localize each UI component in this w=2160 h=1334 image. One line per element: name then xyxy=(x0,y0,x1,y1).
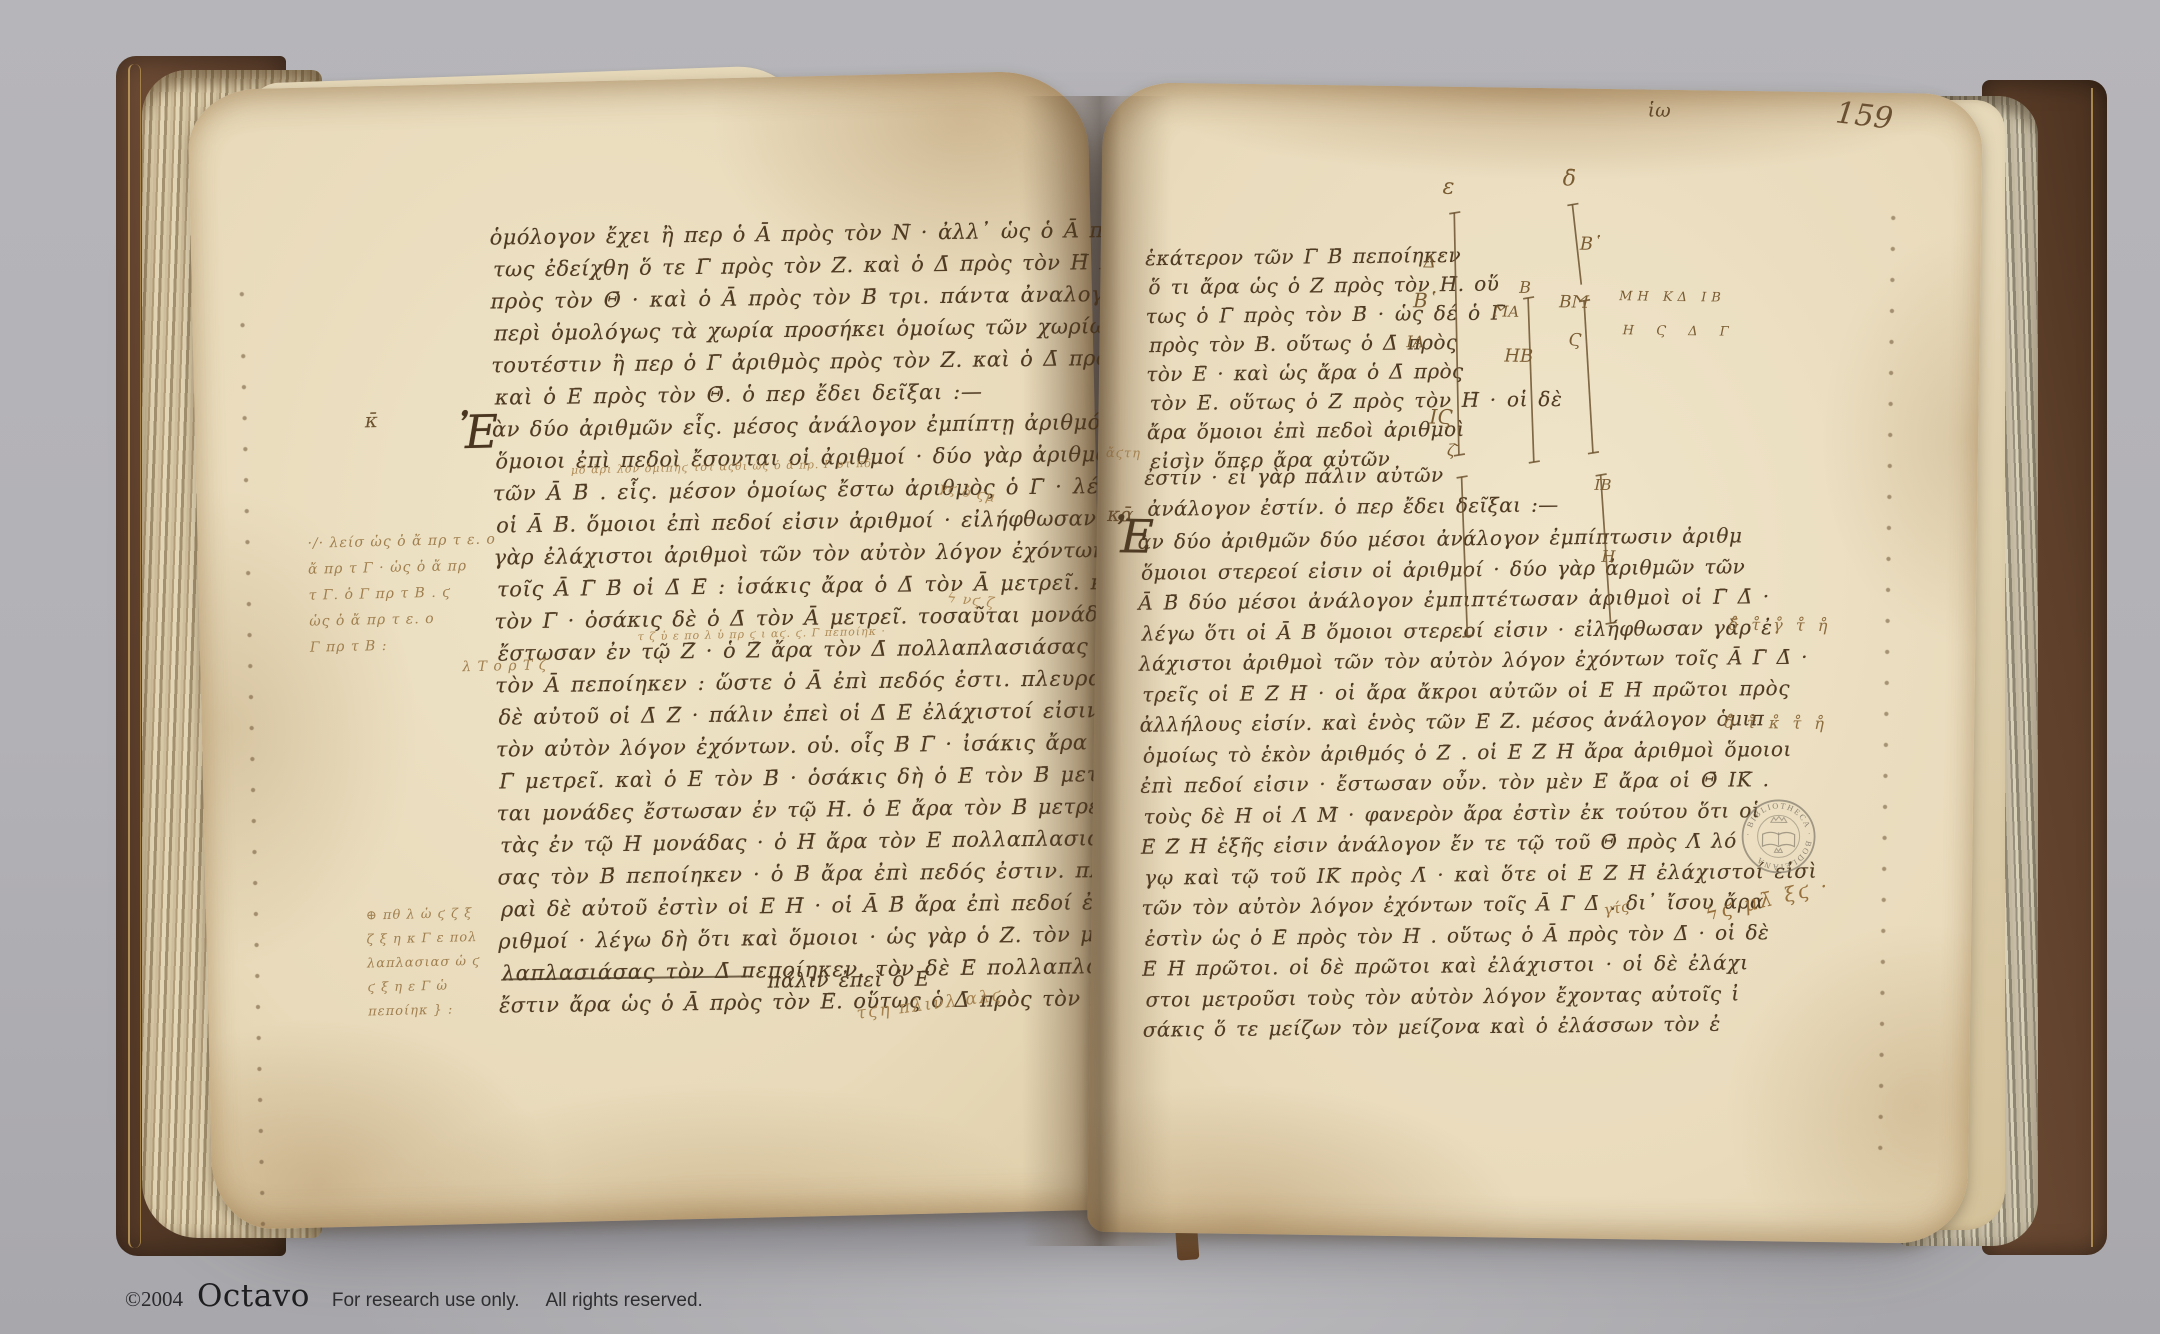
pricking-holes-left xyxy=(238,289,268,1239)
text-line: σάκις ὅ τε μείζων τὸν μείζονα καὶ ὁ ἐλάσ… xyxy=(1143,1012,1733,1049)
diagram-tick xyxy=(1588,452,1599,454)
diagram-label: ΒϺ xyxy=(1558,292,1590,312)
diagram-label: Η xyxy=(1600,547,1616,566)
diagram-tick xyxy=(1449,212,1460,214)
text-line: ἑκάτερον τῶν Γ̄ Β̄ πεποίηκεν xyxy=(1145,243,1445,275)
diagram-line xyxy=(1459,477,1469,636)
marginal-scholia-bottom-left: ⊕ πθ λ ὡ ϛ ζ ξζ ξ η κ Γ ε πολλαπλασιασ ὡ… xyxy=(366,906,482,1029)
text-line: τως ὁ Γ̄ πρὸς τὸν Β̄ · ὡς δέ ὁ Γ̄ xyxy=(1146,301,1446,333)
diagram-label: ΙΑ xyxy=(1405,332,1424,351)
diagram-label: Ϛ xyxy=(1568,330,1581,350)
octavo-wordmark: Octavo xyxy=(197,1278,310,1314)
text-line: ὅ τι ἄρα ὡς ὁ Ζ̄ πρὸς τὸν Η̄. οὕ xyxy=(1148,272,1445,304)
diagram-tick xyxy=(1454,454,1465,456)
diagram-label: Β xyxy=(1518,278,1531,297)
diagram-number-row: Η Ϛ Δ Γ xyxy=(1622,323,1738,340)
number-line-diagram: ε δ̄ Δ´ Β῾ ΙΑ ΙϚ ζ͂ Β ϺΑ ΗΒ Β῾ ΒϺ Ϛ ΙΒ Η… xyxy=(1397,153,1745,758)
diagram-tick xyxy=(1523,297,1534,299)
pricking-holes-right xyxy=(1876,213,1897,1163)
diagram-number-row: ΜΗ ΚΔ ΙΒ xyxy=(1618,289,1726,306)
scholium-line: ζ ξ η κ Γ ε πολ xyxy=(366,930,480,957)
diagram-tick xyxy=(1567,203,1578,205)
scholium-line: ϛ ξ η ε Γ ὡ xyxy=(367,978,481,1005)
diagram-label: ΗΒ xyxy=(1503,346,1533,367)
diagram-label: ΙϚ xyxy=(1428,404,1453,428)
margin-reference-gloss: δ̊ τ̊ γ̊ τ̊ η̊ xyxy=(1728,615,1831,635)
copyright-text: ©2004 xyxy=(125,1287,183,1312)
facsimile-footer: ©2004 Octavo For research use only. All … xyxy=(125,1278,703,1314)
folio-number: 159 xyxy=(1834,95,1895,137)
scholium-ref-text: λ Τ ο ρ Τ ζ xyxy=(462,657,547,675)
scholium-line: ⊕ πθ λ ὡ ϛ ζ ξ xyxy=(366,906,480,933)
stamp-crown-icon xyxy=(1774,848,1782,852)
diagram-line xyxy=(1526,298,1536,462)
diagram-label: Β῾ xyxy=(1579,234,1603,255)
diagram-label: ΙΒ xyxy=(1593,476,1611,494)
diagram-label: Δ´ xyxy=(1422,252,1445,272)
diagram-tick xyxy=(1606,622,1617,624)
bodleian-library-stamp: · BIBLIOTHECA · BODLEIANA xyxy=(1732,790,1825,883)
stamp-crown-icon xyxy=(1771,816,1787,822)
diagram-tick xyxy=(1457,476,1468,478)
diagram-label: Β῾ xyxy=(1412,288,1438,312)
diagram-label: ϺΑ xyxy=(1492,302,1520,320)
diagram-line xyxy=(1582,301,1595,453)
rights-notice: All rights reserved. xyxy=(546,1290,703,1312)
scholia-reference: λ Τ ο ρ Τ ζ xyxy=(462,654,547,675)
proposition-number-left: κ̄ xyxy=(364,408,378,432)
usage-notice: For research use only. xyxy=(332,1290,520,1312)
scholium-line: πεποίηκ } : xyxy=(368,1002,482,1029)
left-page-catch-line: πάλιν ἐπεὶ ὁ Ε̄ xyxy=(767,967,929,993)
diagram-label: ε xyxy=(1442,175,1454,200)
diagram-label: ζ͂ xyxy=(1447,440,1460,461)
scholium-line: λαπλασιασ ὡ ϛ xyxy=(367,954,481,981)
diagram-label: δ̄ xyxy=(1563,166,1577,191)
marginal-scholia-left: ·/· λείσ ὡς ὁ ἄ πρ τ ε. οἄ πρ τ Γ · ὡς ὁ… xyxy=(307,531,498,665)
manuscript-photo: 9 κ̄ Ἐ ὁμόλογον ἔχει ἢ περ ὁ Ᾱ πρὸς τὸν … xyxy=(0,0,2160,1334)
left-page: κ̄ Ἐ ὁμόλογον ἔχει ἢ περ ὁ Ᾱ πρὸς τὸν Ν̄… xyxy=(187,70,1113,1230)
diagram-tick xyxy=(1462,635,1473,637)
diagram-tick xyxy=(1529,461,1540,463)
quire-mark: ἱω xyxy=(1648,100,1671,122)
left-page-text-block: ὁμόλογον ἔχει ἢ περ ὁ Ᾱ πρὸς τὸν Ν̄ · ἀλ… xyxy=(490,219,1075,1026)
right-page: 159 ἱω ἄϛτη κᾱ Ἐ ἑκάτερον τῶν Γ̄ Β̄ πεπο… xyxy=(1087,82,1983,1244)
margin-gloss-left: ἄϛτη xyxy=(1106,446,1141,461)
margin-reference-gloss: δ̊ τ̊ κ̊ τ̊ η̊ xyxy=(1724,713,1828,733)
